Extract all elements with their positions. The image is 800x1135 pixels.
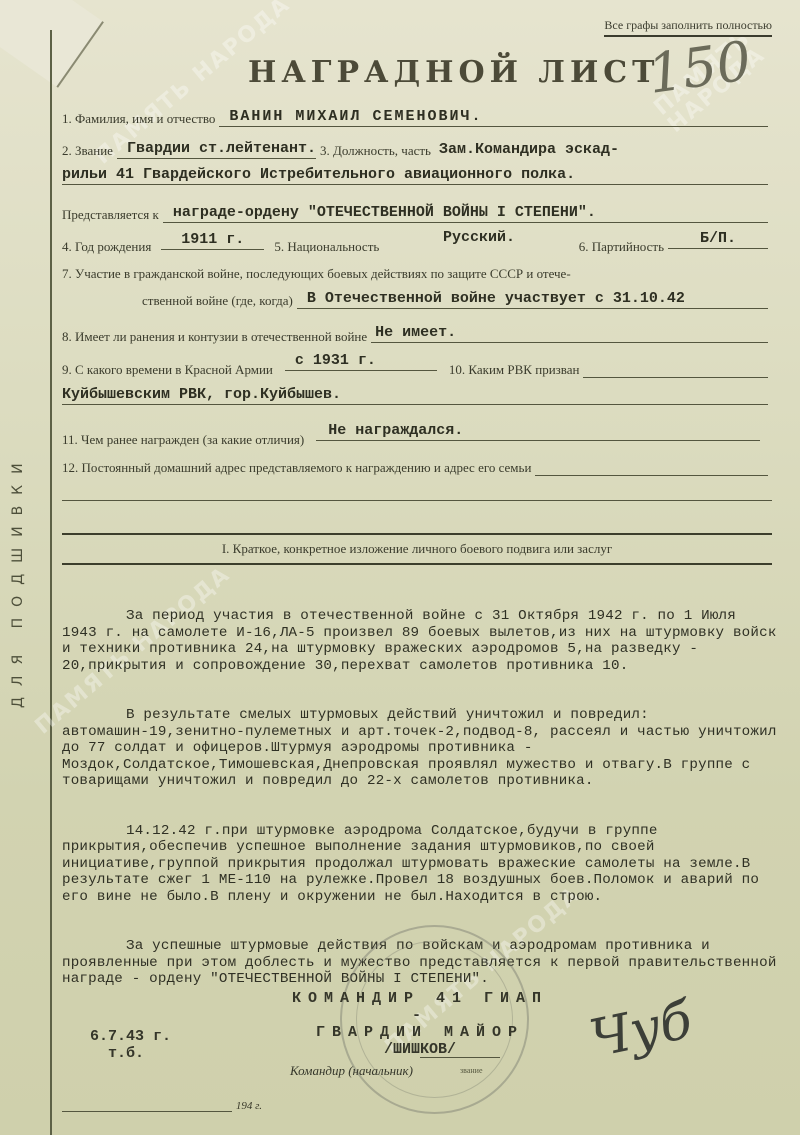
- signature-line: [420, 1057, 500, 1058]
- signing-date: 6.7.43 г.: [90, 1028, 171, 1045]
- field-value: Б/П.: [668, 230, 768, 249]
- field-rvk-value: Куйбышевским РВК, гор.Куйбышев.: [62, 386, 772, 405]
- section-title: I. Краткое, конкретное изложение личного…: [62, 541, 772, 557]
- signatory-block: КОМАНДИР 41 ГИАП - ГВАРДИИ МАЙОР /ШИШКОВ…: [290, 990, 550, 1079]
- field-position-continued: рильи 41 Гвардейского Истребительного ав…: [62, 166, 772, 185]
- field-label: 3. Должность, часть: [320, 143, 431, 159]
- field-label: 5. Национальность: [274, 239, 379, 255]
- signatory-title: КОМАНДИР 41 ГИАП -: [290, 990, 550, 1024]
- signatory-role-label: Командир (начальник): [290, 1062, 550, 1079]
- field-value: 1911 г.: [155, 231, 270, 249]
- field-rank-position: 2. Звание Гвардии ст.лейтенант. 3. Должн…: [62, 140, 772, 159]
- field-army-since-rvk: 9. С какого времени в Красной Армии с 19…: [62, 360, 772, 378]
- address-line: [62, 500, 772, 501]
- signatory-rank: ГВАРДИИ МАЙОР: [290, 1024, 550, 1041]
- field-label: 4. Год рождения: [62, 239, 151, 255]
- field-value: рильи 41 Гвардейского Истребительного ав…: [62, 166, 768, 185]
- pencil-number: 150: [644, 29, 755, 106]
- field-wounds: 8. Имеет ли ранения и контузии в отечест…: [62, 326, 772, 345]
- field-value: Куйбышевским РВК, гор.Куйбышев.: [62, 386, 768, 405]
- citation-paragraph: В результате смелых штурмовых действий у…: [62, 707, 778, 790]
- field-value: с 1931 г.: [277, 352, 445, 370]
- field-full-name: 1. Фамилия, имя и отчество ВАНИН МИХАИЛ …: [62, 108, 772, 127]
- field-label: 10. Каким РВК призван: [449, 362, 580, 378]
- field-value: Гвардии ст.лейтенант.: [117, 140, 316, 159]
- section-divider: [62, 563, 772, 565]
- field-value: награде-ордену "ОТЕЧЕСТВЕННОЙ ВОЙНЫ I СТ…: [163, 204, 768, 223]
- field-birth-nationality-party: 4. Год рождения 1911 г. 5. Национальност…: [62, 236, 772, 255]
- field-label: 12. Постоянный домашний адрес представля…: [62, 460, 531, 476]
- field-value: Не имеет.: [371, 324, 768, 343]
- field-label: 6. Партийность: [579, 239, 664, 255]
- field-value: [535, 475, 768, 476]
- field-label: 7. Участие в гражданской войне, последую…: [62, 266, 571, 282]
- blank-date-suffix: 194 г.: [236, 1100, 262, 1112]
- field-war-participation-value: ственной войне (где, когда) В Отечествен…: [142, 290, 772, 309]
- blank-date-line: 194 г.: [62, 1100, 262, 1112]
- field-value: В Отечественной войне участвует с 31.10.…: [297, 290, 768, 309]
- binding-margin-line: [50, 30, 52, 1135]
- field-home-address: 12. Постоянный домашний адрес представля…: [62, 460, 772, 476]
- field-label: 2. Звание: [62, 143, 113, 159]
- citation-paragraph: 14.12.42 г.при штурмовке аэродрома Солда…: [62, 823, 778, 906]
- field-war-participation: 7. Участие в гражданской войне, последую…: [62, 266, 772, 282]
- field-nominated-for: Представляется к награде-ордену "ОТЕЧЕСТ…: [62, 204, 772, 223]
- signing-place: т.б.: [90, 1045, 171, 1062]
- field-value: Русский.: [383, 229, 574, 247]
- field-label: 1. Фамилия, имя и отчество: [62, 111, 215, 127]
- field-previous-awards: 11. Чем ранее награжден (за какие отличи…: [62, 430, 772, 448]
- field-value: Зам.Командира эскад-: [435, 141, 768, 159]
- side-label: ДЛЯ ПОДШИВКИ: [10, 420, 40, 740]
- field-label: 9. С какого времени в Красной Армии: [62, 362, 273, 378]
- citation-paragraph: За период участия в отечественной войне …: [62, 608, 778, 674]
- page-title: НАГРАДНОЙ ЛИСТ: [248, 55, 660, 90]
- field-label: 11. Чем ранее награжден (за какие отличи…: [62, 432, 304, 448]
- field-value: ВАНИН МИХАИЛ СЕМЕНОВИЧ.: [219, 108, 768, 127]
- field-label: 8. Имеет ли ранения и контузии в отечест…: [62, 329, 367, 345]
- field-label: ственной войне (где, когда): [142, 293, 293, 309]
- signatory-name: /ШИШКОВ/: [290, 1041, 550, 1058]
- field-value: Не награждался.: [308, 422, 768, 440]
- field-label: Представляется к: [62, 207, 159, 223]
- rank-caption: звание: [460, 1066, 483, 1075]
- signing-date-block: 6.7.43 г. т.б.: [90, 1028, 171, 1062]
- section-divider: [62, 533, 772, 535]
- field-line: [583, 377, 768, 378]
